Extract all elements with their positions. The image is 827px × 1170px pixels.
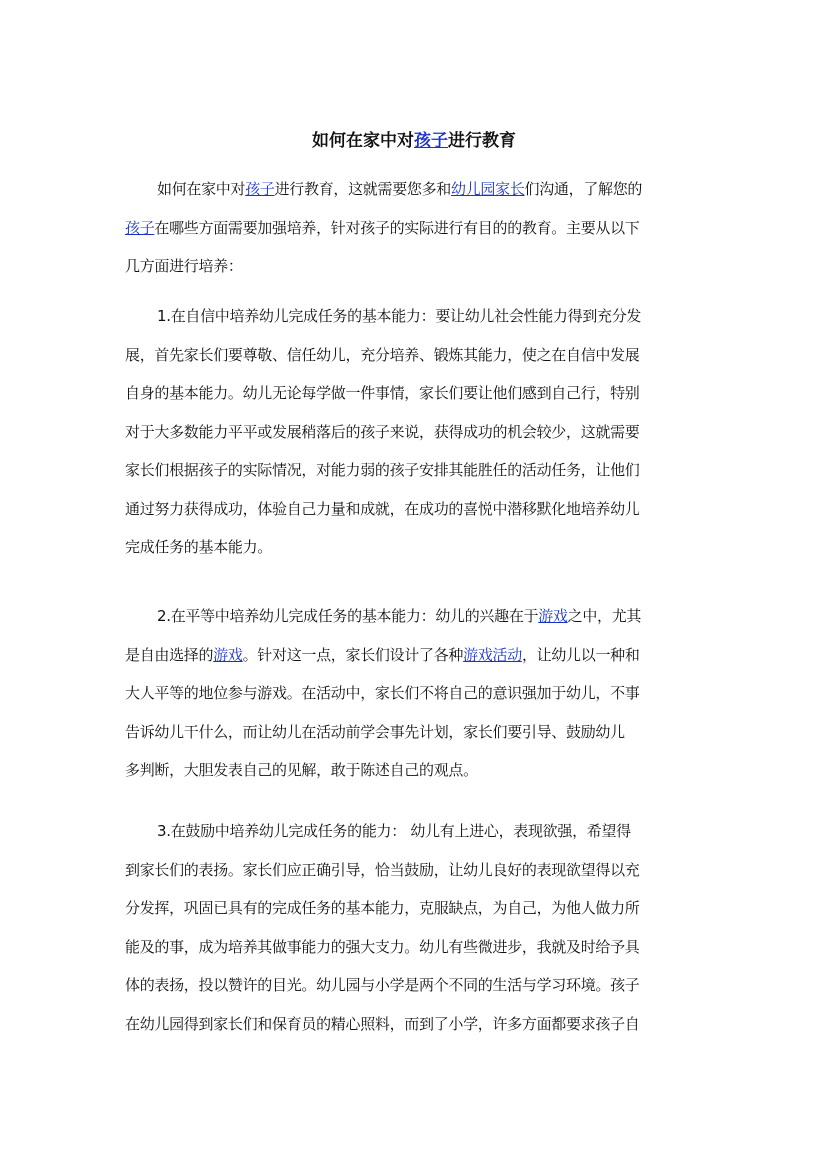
section-2-line-1: 2.在平等中培养幼儿完成任务的基本能力：幼儿的兴趣在于游戏之中，尤其 [125, 597, 703, 636]
text: 们沟通，了解您的 [525, 180, 643, 198]
section-2-line: 大人平等的地位参与游戏。在活动中，家长们不将自己的意识强加于幼儿，不事 [125, 674, 703, 713]
section-1-line: 展，首先家长们要尊敬、信任幼儿，充分培养、锻炼其能力，使之在自信中发展 [125, 336, 703, 375]
section-2-paragraph: 2.在平等中培养幼儿完成任务的基本能力：幼儿的兴趣在于游戏之中，尤其 是自由选择… [125, 597, 703, 790]
link-games-2[interactable]: 游戏 [213, 646, 242, 664]
section-3-line: 分发挥，巩固已具有的完成任务的基本能力，克服缺点，为自己，为他人做力所 [125, 889, 703, 928]
intro-paragraph: 如何在家中对孩子进行教育，这就需要您多和幼儿园家长们沟通，了解您的 孩子在哪些方… [125, 170, 703, 286]
link-kindergarten-parents[interactable]: 幼儿园家长 [451, 180, 525, 198]
text: ，让幼儿以一种和 [522, 646, 640, 664]
section-3-line: 在幼儿园得到家长们和保育员的精心照料，而到了小学，许多方面都要求孩子自 [125, 1005, 703, 1044]
section-3-line: 体的表扬，投以赞许的目光。幼儿园与小学是两个不同的生活与学习环境。孩子 [125, 966, 703, 1005]
section-1-line: 对于大多数能力平平或发展稍落后的孩子来说，获得成功的机会较少，这就需要 [125, 413, 703, 452]
text: 之中，尤其 [568, 607, 642, 625]
section-1-line: 自身的基本能力。幼儿无论每学做一件事情，家长们要让他们感到自己行，特别 [125, 374, 703, 413]
link-games[interactable]: 游戏 [538, 607, 567, 625]
link-children-2[interactable]: 孩子 [125, 219, 154, 237]
intro-line-2: 孩子在哪些方面需要加强培养，针对孩子的实际进行有目的的教育。主要从以下 [125, 209, 703, 248]
text: 进行教育，这就需要您多和 [275, 180, 451, 198]
text: 如何在家中对 [157, 180, 245, 198]
intro-line-1: 如何在家中对孩子进行教育，这就需要您多和幼儿园家长们沟通，了解您的 [125, 170, 703, 209]
title-text-after: 进行教育 [448, 131, 516, 151]
section-2-line: 告诉幼儿干什么，而让幼儿在活动前学会事先计划，家长们要引导、鼓励幼儿 [125, 713, 703, 752]
title-text-before: 如何在家中对 [312, 131, 414, 151]
text: 在哪些方面需要加强培养，针对孩子的实际进行有目的的教育。主要从以下 [154, 219, 639, 237]
section-1-paragraph: 1.在自信中培养幼儿完成任务的基本能力：要让幼儿社会性能力得到充分发 展，首先家… [125, 297, 703, 567]
section-2-line: 多判断，大胆发表自己的见解，敢于陈述自己的观点。 [125, 751, 703, 790]
section-3-line: 到家长们的表扬。家长们应正确引导，恰当鼓励，让幼儿良好的表现欲望得以充 [125, 851, 703, 890]
section-1-line: 完成任务的基本能力。 [125, 528, 703, 567]
link-game-activities[interactable]: 游戏活动 [463, 646, 522, 664]
text: 2.在平等中培养幼儿完成任务的基本能力：幼儿的兴趣在于 [157, 607, 538, 625]
text: 是自由选择的 [125, 646, 213, 664]
section-2-line-2: 是自由选择的游戏。针对这一点，家长们设计了各种游戏活动，让幼儿以一种和 [125, 636, 703, 675]
link-children[interactable]: 孩子 [245, 180, 274, 198]
title-link-children[interactable]: 孩子 [414, 131, 448, 151]
text: 。针对这一点，家长们设计了各种 [243, 646, 464, 664]
intro-line-3: 几方面进行培养： [125, 247, 703, 286]
section-3-line: 3.在鼓励中培养幼儿完成任务的能力： 幼儿有上进心，表现欲强，希望得 [125, 812, 703, 851]
section-1-line: 家长们根据孩子的实际情况，对能力弱的孩子安排其能胜任的活动任务，让他们 [125, 451, 703, 490]
section-3-line: 能及的事，成为培养其做事能力的强大支力。幼儿有些微进步，我就及时给予具 [125, 928, 703, 967]
document-title: 如何在家中对孩子进行教育 [125, 128, 703, 154]
section-1-line: 通过努力获得成功，体验自己力量和成就，在成功的喜悦中潜移默化地培养幼儿 [125, 490, 703, 529]
section-3-paragraph: 3.在鼓励中培养幼儿完成任务的能力： 幼儿有上进心，表现欲强，希望得 到家长们的… [125, 812, 703, 1043]
section-1-line: 1.在自信中培养幼儿完成任务的基本能力：要让幼儿社会性能力得到充分发 [125, 297, 703, 336]
